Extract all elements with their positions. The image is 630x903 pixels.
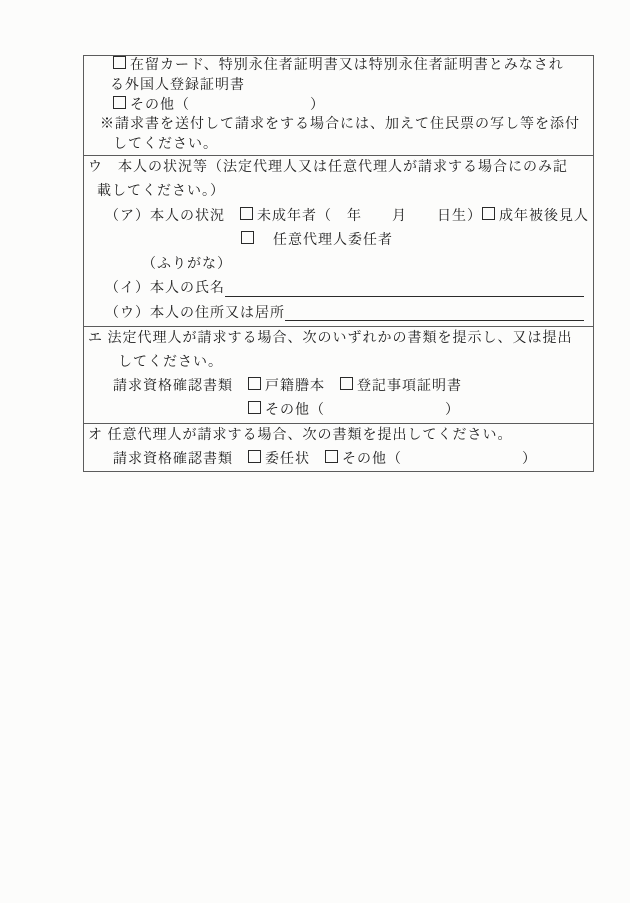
principal-address-blank-field[interactable] — [285, 302, 584, 321]
line-other-attachment: その他（ ） — [84, 96, 593, 116]
line-principal-status: （ア）本人の状況 未成年者（ 年 月 日生）成年被後見人 — [84, 205, 593, 229]
legal-rep-heading-text-cont: してください。 — [118, 355, 223, 370]
row-section-principal-status: ウ 本人の状況等（法定代理人又は任意代理人が請求する場合にのみ記 載してください… — [84, 156, 593, 327]
principal-status-prefix: （ア）本人の状況 — [105, 209, 240, 224]
line-legal-rep-docs: 請求資格確認書類 戸籍謄本 登記事項証明書 — [84, 375, 593, 399]
row-section-voluntary-representative: オ 任意代理人が請求する場合、次の書類を提出してください。 請求資格確認書類 委… — [84, 424, 593, 471]
legal-rep-docs-prefix: 請求資格確認書類 — [113, 379, 248, 394]
residence-card-label-cont: る外国人登録証明書 — [110, 78, 245, 93]
furigana-label: （ふりがな） — [142, 257, 232, 272]
checkbox-adult-ward-icon[interactable] — [482, 207, 495, 220]
voluntary-rep-docs-prefix: 請求資格確認書類 — [113, 452, 248, 467]
adult-ward-label: 成年被後見人 — [499, 209, 589, 224]
checkbox-minor-icon[interactable] — [240, 207, 253, 220]
mailing-note-text-cont: してください。 — [113, 137, 218, 152]
principal-address-label: （ウ）本人の住所又は居所 — [105, 302, 285, 326]
row-attachment-documents: 在留カード、特別永住者証明書又は特別永住者証明書とみなされ る外国人登録証明書 … — [84, 56, 593, 156]
checkbox-power-of-attorney-icon[interactable] — [248, 450, 261, 463]
principal-name-blank-field[interactable] — [225, 277, 584, 296]
checkbox-registry-certificate-icon[interactable] — [340, 377, 353, 390]
principal-heading-text: ウ 本人の状況等（法定代理人又は任意代理人が請求する場合にのみ記 — [88, 160, 568, 175]
registry-certificate-label: 登記事項証明書 — [357, 379, 462, 394]
form-table: 在留カード、特別永住者証明書又は特別永住者証明書とみなされ る外国人登録証明書 … — [83, 55, 594, 472]
row-section-legal-representative: エ 法定代理人が請求する場合、次のいずれかの書類を提示し、又は提出 してください… — [84, 327, 593, 424]
principal-heading-text-cont: 載してください。） — [97, 184, 225, 199]
line-legal-rep-heading: エ 法定代理人が請求する場合、次のいずれかの書類を提示し、又は提出 — [84, 327, 593, 351]
line-principal-heading: ウ 本人の状況等（法定代理人又は任意代理人が請求する場合にのみ記 — [84, 156, 593, 180]
other-legal-doc-label: その他（ ） — [265, 403, 460, 418]
line-principal-address: （ウ）本人の住所又は居所 — [84, 302, 593, 326]
checkbox-other-voluntary-doc-icon[interactable] — [325, 450, 338, 463]
line-mailing-note-cont: してください。 — [84, 135, 593, 155]
voluntary-rep-heading-text: オ 任意代理人が請求する場合、次の書類を提出してください。 — [88, 428, 513, 443]
line-residence-card-cont: る外国人登録証明書 — [84, 76, 593, 96]
line-furigana: （ふりがな） — [84, 253, 593, 277]
checkbox-family-register-icon[interactable] — [248, 377, 261, 390]
line-residence-card: 在留カード、特別永住者証明書又は特別永住者証明書とみなされ — [84, 56, 593, 76]
line-legal-rep-doc-other: その他（ ） — [84, 399, 593, 423]
power-of-attorney-label: 委任状 — [265, 452, 325, 467]
line-voluntary-delegator: 任意代理人委任者 — [84, 229, 593, 253]
minor-label: 未成年者（ 年 月 日生） — [257, 209, 482, 224]
line-legal-rep-heading-cont: してください。 — [84, 351, 593, 375]
line-principal-name: （イ）本人の氏名 — [84, 277, 593, 301]
family-register-label: 戸籍謄本 — [265, 379, 340, 394]
checkbox-voluntary-delegator-icon[interactable] — [241, 231, 254, 244]
other-voluntary-doc-label: その他（ ） — [342, 452, 537, 467]
checkbox-other-attachment-icon[interactable] — [113, 96, 126, 109]
mailing-note-text: ※請求書を送付して請求をする場合には、加えて住民票の写し等を添付 — [100, 117, 580, 132]
line-voluntary-rep-docs: 請求資格確認書類 委任状 その他（ ） — [84, 448, 593, 472]
other-attachment-label: その他（ ） — [130, 98, 325, 113]
line-voluntary-rep-heading: オ 任意代理人が請求する場合、次の書類を提出してください。 — [84, 424, 593, 448]
line-mailing-note: ※請求書を送付して請求をする場合には、加えて住民票の写し等を添付 — [84, 115, 593, 135]
principal-name-label: （イ）本人の氏名 — [105, 277, 225, 301]
line-principal-heading-cont: 載してください。） — [84, 180, 593, 204]
document-page: 在留カード、特別永住者証明書又は特別永住者証明書とみなされ る外国人登録証明書 … — [0, 0, 630, 903]
checkbox-other-legal-doc-icon[interactable] — [248, 401, 261, 414]
voluntary-delegator-label: 任意代理人委任者 — [258, 233, 393, 248]
legal-rep-heading-text: エ 法定代理人が請求する場合、次のいずれかの書類を提示し、又は提出 — [88, 331, 573, 346]
checkbox-residence-card-icon[interactable] — [113, 56, 126, 69]
residence-card-label: 在留カード、特別永住者証明書又は特別永住者証明書とみなされ — [130, 58, 564, 73]
